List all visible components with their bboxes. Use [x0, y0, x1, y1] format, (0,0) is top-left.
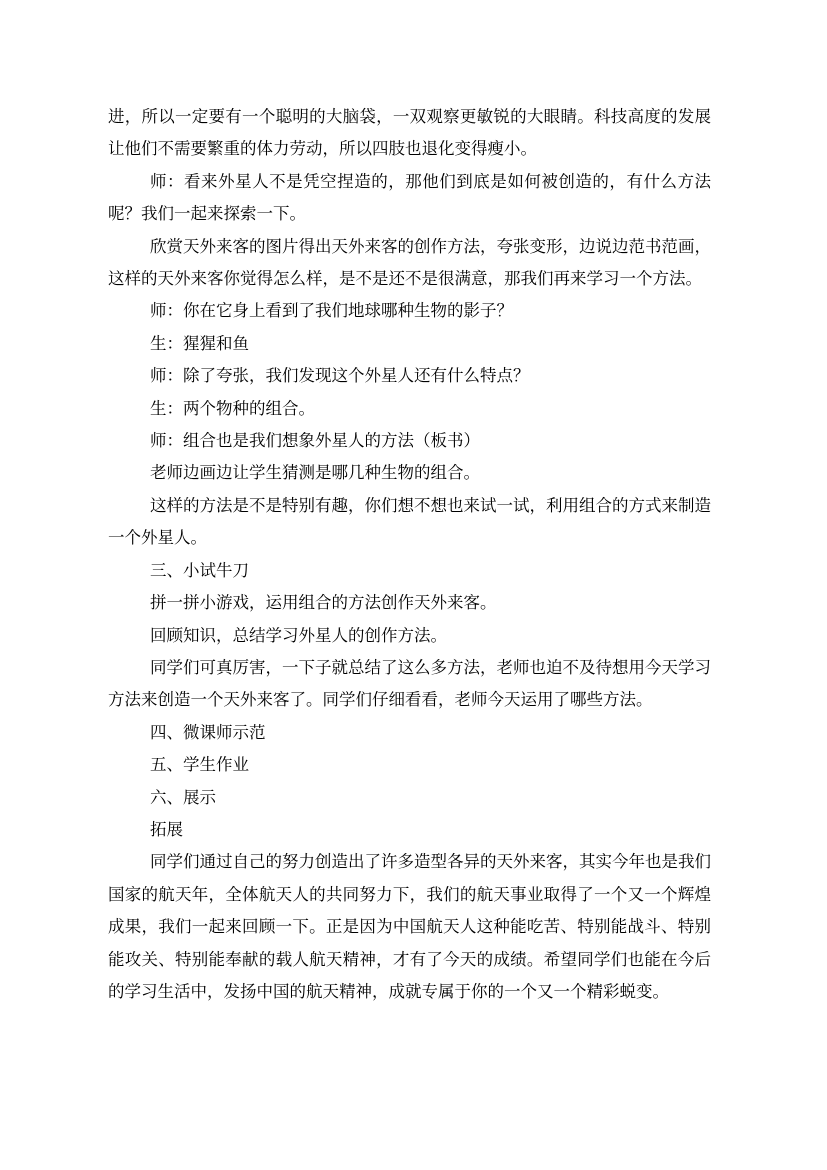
section-heading: 六、展示 [108, 782, 711, 814]
paragraph: 师：看来外星人不是凭空捏造的，那他们到底是如何被创造的，有什么方法呢？我们一起来… [108, 166, 711, 231]
paragraph: 回顾知识，总结学习外星人的创作方法。 [108, 620, 711, 652]
paragraph: 老师边画边让学生猜测是哪几种生物的组合。 [108, 457, 711, 489]
paragraph: 师：除了夸张，我们发现这个外星人还有什么特点？ [108, 360, 711, 392]
paragraph: 拼一拼小游戏，运用组合的方法创作天外来客。 [108, 587, 711, 619]
paragraph: 欣赏天外来客的图片得出天外来客的创作方法，夸张变形，边说边范书范画，这样的天外来… [108, 231, 711, 296]
document-text: 进，所以一定要有一个聪明的大脑袋，一双观察更敏锐的大眼睛。科技高度的发展让他们不… [108, 101, 711, 1008]
document-page: 进，所以一定要有一个聪明的大脑袋，一双观察更敏锐的大眼睛。科技高度的发展让他们不… [0, 0, 827, 1170]
paragraph: 生：两个物种的组合。 [108, 393, 711, 425]
section-heading: 五、学生作业 [108, 749, 711, 781]
paragraph: 师：组合也是我们想象外星人的方法（板书） [108, 425, 711, 457]
paragraph: 这样的方法是不是特别有趣，你们想不想也来试一试，利用组合的方式来制造一个外星人。 [108, 490, 711, 555]
paragraph: 同学们可真厉害，一下子就总结了这么多方法，老师也迫不及待想用今天学习方法来创造一… [108, 652, 711, 717]
paragraph: 同学们通过自己的努力创造出了许多造型各异的天外来客，其实今年也是我们国家的航天年… [108, 846, 711, 1008]
paragraph: 生：猩猩和鱼 [108, 328, 711, 360]
section-heading: 三、小试牛刀 [108, 555, 711, 587]
section-heading: 拓展 [108, 814, 711, 846]
section-heading: 四、微课师示范 [108, 717, 711, 749]
paragraph: 师：你在它身上看到了我们地球哪种生物的影子？ [108, 295, 711, 327]
paragraph: 进，所以一定要有一个聪明的大脑袋，一双观察更敏锐的大眼睛。科技高度的发展让他们不… [108, 101, 711, 166]
